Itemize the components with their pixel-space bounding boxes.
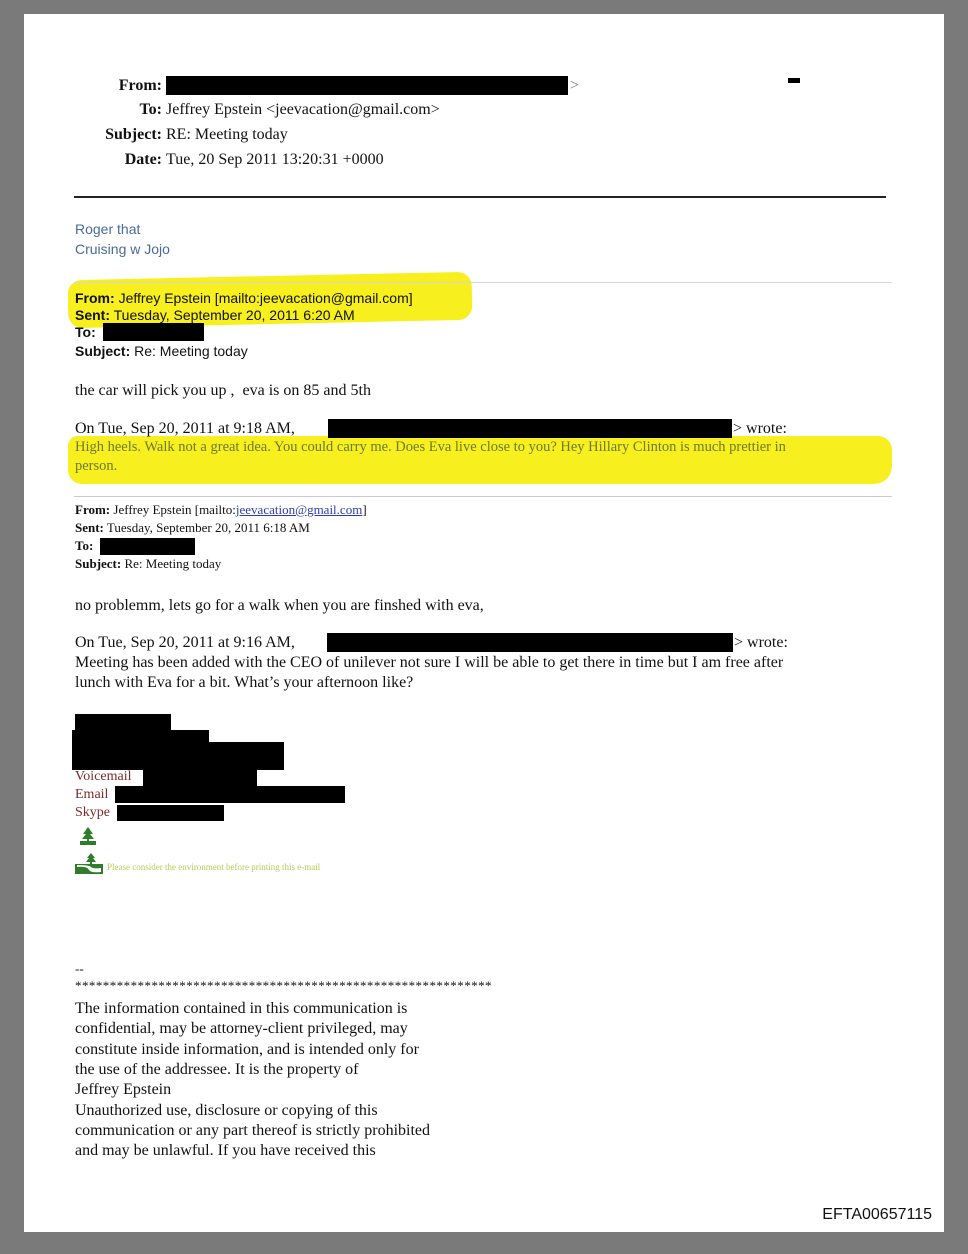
reply-line-1: Roger that bbox=[75, 219, 140, 239]
quoted2-subject: Subject: Re: Meeting today bbox=[75, 555, 221, 573]
redaction-bar bbox=[115, 786, 345, 803]
redaction-bar bbox=[103, 323, 204, 341]
email-link[interactable]: jeevacation@gmail.com bbox=[236, 502, 362, 517]
redaction-bar bbox=[100, 538, 195, 555]
signature-skype-label: Skype bbox=[75, 804, 110, 822]
quoted1-to-label: To: bbox=[75, 324, 96, 340]
header-subject-value: RE: Meeting today bbox=[166, 125, 288, 145]
quoted2-to-label: To: bbox=[75, 538, 93, 553]
disclaimer-line-8: and may be unlawful. If you have receive… bbox=[75, 1141, 376, 1161]
redaction-bar bbox=[117, 805, 224, 821]
quoted2-subject-label: Subject: bbox=[75, 556, 121, 571]
document-page: From: > To: Jeffrey Epstein <jeevacation… bbox=[24, 14, 944, 1232]
quoted1-subject-label: Subject: bbox=[75, 343, 130, 359]
disclaimer-line-4: the use of the addressee. It is the prop… bbox=[75, 1060, 358, 1080]
redaction-bar bbox=[72, 742, 284, 770]
header-to-label: To: bbox=[26, 100, 162, 120]
quoted2-from: From: Jeffrey Epstein [mailto:jeevacatio… bbox=[75, 501, 367, 519]
header-from-label: From: bbox=[26, 76, 162, 96]
disclaimer-line-7: communication or any part thereof is str… bbox=[75, 1121, 430, 1141]
quoted1-sent: Sent: Tuesday, September 20, 2011 6:20 A… bbox=[75, 306, 355, 324]
quoted2-subject-value: Re: Meeting today bbox=[124, 556, 221, 571]
disclaimer-line-6: Unauthorized use, disclosure or copying … bbox=[75, 1101, 378, 1121]
stray-mark bbox=[788, 78, 800, 83]
quoted1-sent-value: Tuesday, September 20, 2011 6:20 AM bbox=[114, 307, 355, 323]
quoted1-from-value: Jeffrey Epstein [mailto:jeevacation@gmai… bbox=[119, 290, 413, 306]
quoted1-attribution-suffix: > wrote: bbox=[733, 419, 787, 439]
header-to-value: Jeffrey Epstein <jeevacation@gmail.com> bbox=[166, 100, 440, 120]
quoted1-from: From: Jeffrey Epstein [mailto:jeevacatio… bbox=[75, 289, 413, 307]
quoted1-subject-value: Re: Meeting today bbox=[134, 343, 248, 359]
environment-notice: Please consider the environment before p… bbox=[107, 862, 320, 872]
quoted2-attribution-suffix: > wrote: bbox=[734, 633, 788, 653]
tree-landscape-icon bbox=[73, 852, 105, 876]
redaction-bar bbox=[75, 714, 171, 731]
quoted1-subject: Subject: Re: Meeting today bbox=[75, 342, 248, 360]
quoted2-to: To: bbox=[75, 537, 93, 555]
header-date-value: Tue, 20 Sep 2011 13:20:31 +0000 bbox=[166, 150, 384, 170]
quoted1-message-line-2: person. bbox=[75, 457, 117, 476]
quoted2-from-label: From: bbox=[75, 502, 110, 517]
quoted2-attribution-prefix: On Tue, Sep 20, 2011 at 9:16 AM, bbox=[75, 633, 295, 653]
header-date-label: Date: bbox=[26, 150, 162, 170]
redaction-bar bbox=[327, 633, 733, 652]
quoted2-sent: Sent: Tuesday, September 20, 2011 6:18 A… bbox=[75, 519, 310, 537]
quoted2-sent-value: Tuesday, September 20, 2011 6:18 AM bbox=[107, 520, 310, 535]
tree-icon bbox=[79, 826, 97, 846]
quoted2-message-line-2: lunch with Eva for a bit. What’s your af… bbox=[75, 673, 413, 693]
redaction-bar bbox=[143, 770, 257, 786]
quoted2-from-prefix: Jeffrey Epstein [mailto: bbox=[113, 502, 236, 517]
asterisk-separator: ****************************************… bbox=[75, 976, 492, 996]
quoted1-body: the car will pick you up , eva is on 85 … bbox=[75, 381, 371, 401]
disclaimer-line-3: constitute inside information, and is in… bbox=[75, 1040, 419, 1060]
signature-voicemail-label: Voicemail bbox=[75, 768, 132, 786]
quoted1-from-label: From: bbox=[75, 290, 115, 306]
quoted2-from-suffix: ] bbox=[362, 502, 366, 517]
disclaimer-line-1: The information contained in this commun… bbox=[75, 999, 407, 1019]
quoted1-to: To: bbox=[75, 323, 96, 341]
header-from-suffix: > bbox=[570, 76, 579, 96]
redaction-bar bbox=[328, 419, 732, 438]
quoted2-message-line-1: Meeting has been added with the CEO of u… bbox=[75, 653, 783, 673]
quoted1-attribution-prefix: On Tue, Sep 20, 2011 at 9:18 AM, bbox=[75, 419, 295, 439]
signature-email-label: Email bbox=[75, 786, 108, 804]
redaction-bar bbox=[166, 76, 568, 95]
quoted2-sent-label: Sent: bbox=[75, 520, 104, 535]
header-subject-label: Subject: bbox=[26, 125, 162, 145]
bates-number: EFTA00657115 bbox=[822, 1206, 932, 1224]
disclaimer-line-5: Jeffrey Epstein bbox=[75, 1080, 171, 1100]
quoted1-message-line-1: High heels. Walk not a great idea. You c… bbox=[75, 438, 786, 457]
disclaimer-line-2: confidential, may be attorney-client pri… bbox=[75, 1019, 408, 1039]
header-divider bbox=[74, 196, 886, 198]
quote-divider bbox=[74, 496, 892, 497]
quoted1-sent-label: Sent: bbox=[75, 307, 110, 323]
quoted2-body: no problemm, lets go for a walk when you… bbox=[75, 596, 484, 616]
reply-line-2: Cruising w Jojo bbox=[75, 239, 170, 259]
quote-divider bbox=[74, 282, 892, 283]
